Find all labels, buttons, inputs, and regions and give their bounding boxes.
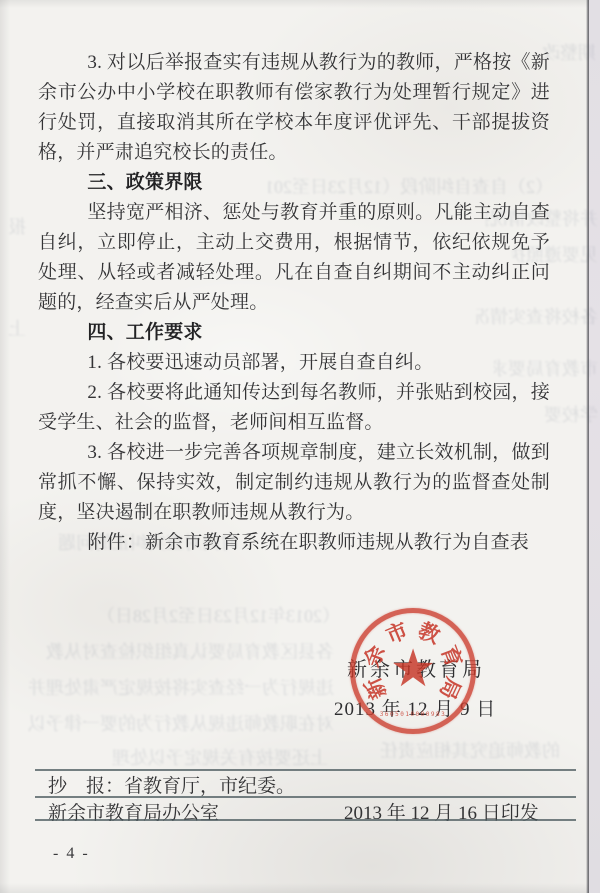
- section-heading-policy-limits: 三、政策界限: [38, 168, 550, 198]
- scan-edge-top: [0, 0, 600, 8]
- scan-edge-bottom: [0, 883, 600, 893]
- footer-rule-bottom: [35, 819, 576, 821]
- work-item-2: 2. 各校要将此通知传达到每名教师，并张贴到校园，接受学生、社会的监督，老师间相…: [38, 378, 550, 438]
- work-item-1: 1. 各校要迅速动员部署，开展自查自纠。: [38, 348, 550, 378]
- official-seal: ★ 新 余 市 教 育 局 3605010000983: [350, 608, 476, 734]
- page-number: - 4 -: [53, 845, 90, 863]
- document-body: 3. 对以后举报查实有违规从教行为的教师，严格按《新余市公办中小学校在职教师有偿…: [38, 48, 550, 558]
- scan-edge-right: [589, 0, 600, 893]
- footer-copy-to: 抄 报：省教育厅，市纪委。: [48, 771, 295, 798]
- work-item-3: 3. 各校进一步完善各项规章制度，建立长效机制，做到常抓不懈、保持实效，制定制约…: [38, 438, 550, 528]
- bleedthrough-text: 违规行为一经查实将按规定严肃处理并: [22, 675, 334, 701]
- section-heading-work-requirements: 四、工作要求: [38, 318, 550, 348]
- scan-edge-left: [0, 0, 10, 893]
- scanned-document-page: （2）自查自纠阶段（12月23日至2014年 并将整改情况报 见要遵照执 各校将…: [0, 0, 600, 893]
- bleedthrough-text: 上还要按有关规定予以处理: [28, 745, 328, 771]
- seal-serial-number: 3605010000983: [350, 711, 476, 718]
- paragraph-policy: 坚持宽严相济、惩处与教育并重的原则。凡能主动自查自纠，立即停止，主动上交费用，根…: [38, 198, 550, 318]
- bleedthrough-text: 的教师追究其相应责任: [330, 738, 560, 764]
- seal-star-icon: ★: [390, 643, 437, 695]
- bleedthrough-text: （2013年12月23日至2月28日）: [55, 603, 340, 629]
- paragraph-penalty: 3. 对以后举报查实有违规从教行为的教师，严格按《新余市公办中小学校在职教师有偿…: [38, 48, 550, 168]
- attachment-line: 附件：新余市教育系统在职教师违规从教行为自查表: [38, 528, 550, 558]
- bleedthrough-text: 各县区教育局要认真组织检查对从教: [22, 639, 334, 665]
- bleedthrough-text: 对在职教师违规从教行为的要一律予以: [22, 711, 334, 737]
